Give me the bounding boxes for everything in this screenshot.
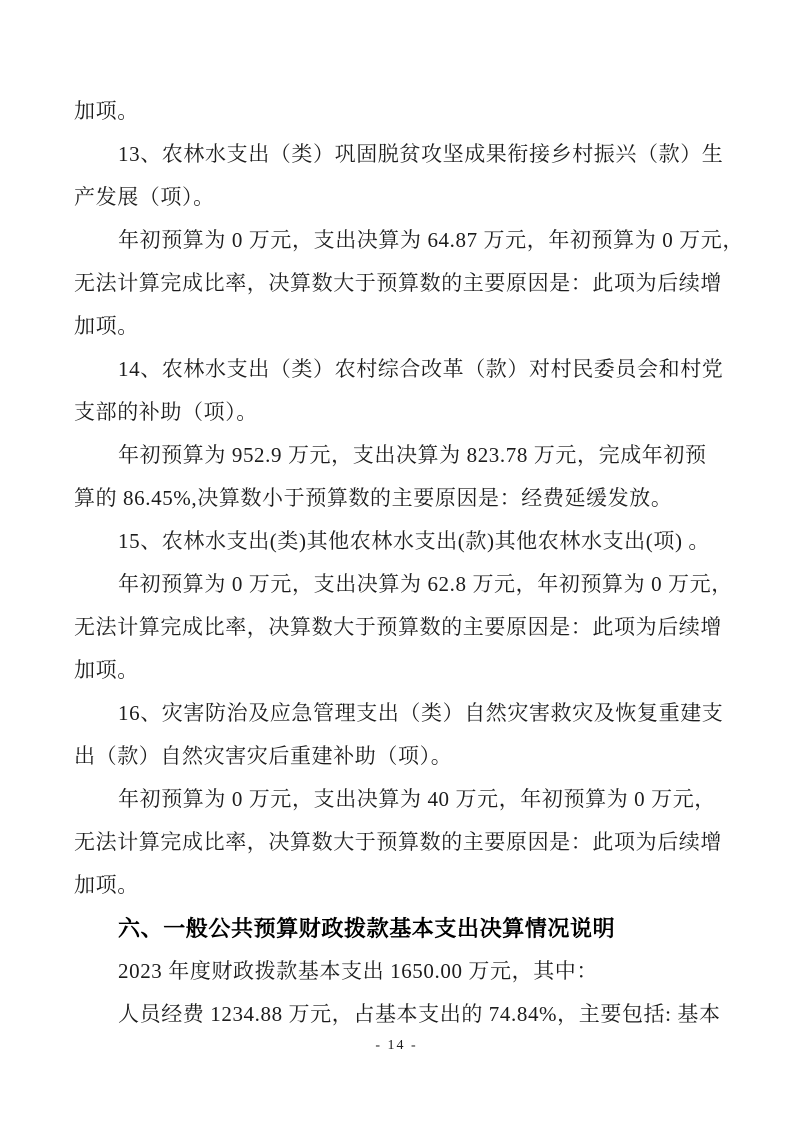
text-line: 算的 86.45%,决算数小于预算数的主要原因是：经费延缓发放。: [74, 477, 729, 520]
page-number: - 14 -: [0, 1036, 793, 1056]
text-line-item-16-title: 16、灾害防治及应急管理支出（类）自然灾害救灾及恢复重建支: [74, 692, 729, 735]
text-line-item-15-budget: 年初预算为 0 万元，支出决算为 62.8 万元，年初预算为 0 万元，: [74, 563, 729, 606]
text-line-item-16-budget: 年初预算为 0 万元，支出决算为 40 万元，年初预算为 0 万元，: [74, 778, 729, 821]
text-line-item-14-title: 14、农林水支出（类）农村综合改革（款）对村民委员会和村党: [74, 348, 729, 391]
text-line: 无法计算完成比率，决算数大于预算数的主要原因是：此项为后续增: [74, 262, 729, 305]
text-line: 无法计算完成比率，决算数大于预算数的主要原因是：此项为后续增: [74, 606, 729, 649]
document-body: 加项。 13、农林水支出（类）巩固脱贫攻坚成果衔接乡村振兴（款）生 产发展（项）…: [74, 90, 729, 1036]
text-line: 产发展（项）。: [74, 176, 729, 219]
text-line-item-15-title: 15、农林水支出(类)其他农林水支出(款)其他农林水支出(项) 。: [74, 520, 729, 563]
text-line: 加项。: [74, 649, 729, 692]
text-line-item-13-title: 13、农林水支出（类）巩固脱贫攻坚成果衔接乡村振兴（款）生: [74, 133, 729, 176]
text-line: 加项。: [74, 90, 729, 133]
section-heading-basic-expenditure: 六、一般公共预算财政拨款基本支出决算情况说明: [74, 907, 729, 950]
document-page: 加项。 13、农林水支出（类）巩固脱贫攻坚成果衔接乡村振兴（款）生 产发展（项）…: [0, 0, 793, 1122]
text-line: 出（款）自然灾害灾后重建补助（项）。: [74, 735, 729, 778]
text-line: 无法计算完成比率，决算数大于预算数的主要原因是：此项为后续增: [74, 821, 729, 864]
text-line-personnel-expense: 人员经费 1234.88 万元，占基本支出的 74.84%，主要包括: 基本: [74, 993, 729, 1036]
text-line: 加项。: [74, 864, 729, 907]
text-line-item-13-budget: 年初预算为 0 万元，支出决算为 64.87 万元，年初预算为 0 万元，: [74, 219, 729, 262]
text-line-item-14-budget: 年初预算为 952.9 万元，支出决算为 823.78 万元，完成年初预: [74, 434, 729, 477]
text-line: 支部的补助（项）。: [74, 391, 729, 434]
text-line: 加项。: [74, 305, 729, 348]
text-line-basic-expenditure-total: 2023 年度财政拨款基本支出 1650.00 万元，其中：: [74, 950, 729, 993]
